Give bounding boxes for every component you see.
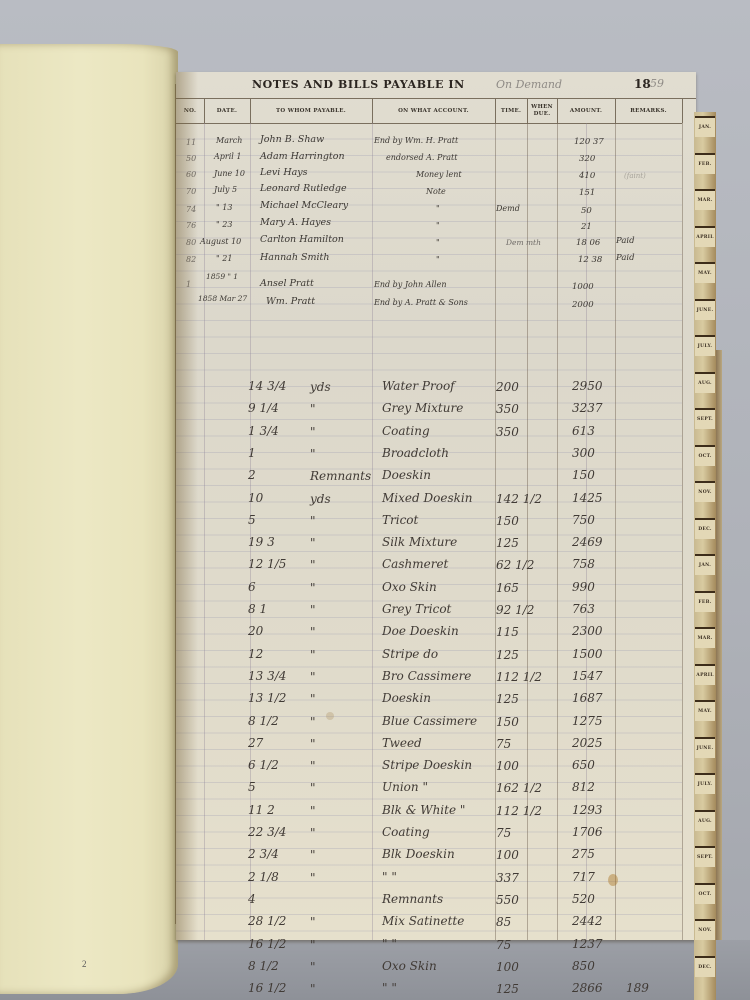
month-tab[interactable]: MAY. [695,700,715,721]
note-date: April 1 [214,152,241,161]
ledger-year-suffix: 59 [650,77,664,90]
note-payee: Michael McCleary [260,200,348,211]
goods-qty: 1 [248,446,256,460]
month-tab[interactable]: DEC. [695,518,715,539]
goods-unit: " [310,625,316,639]
note-date: 1858 Mar 27 [198,294,247,303]
goods-rate: 85 [496,915,511,929]
note-account: " [436,204,440,213]
goods-item: Remnants [382,892,443,906]
goods-item: " " [382,981,397,995]
goods-item: " " [382,937,397,951]
goods-total: 650 [572,758,595,772]
note-date: " 13 [216,203,232,212]
goods-rate: 75 [496,938,511,952]
note-remarks: Paid [616,236,635,246]
goods-total: 520 [572,892,595,906]
ledger-year-prefix: 18 [634,77,651,91]
goods-total: 1237 [572,937,603,951]
goods-unit: " [310,960,316,974]
note-account: " [436,221,440,230]
note-date: June 10 [214,169,245,178]
stain [608,874,618,886]
goods-total: 990 [572,580,595,594]
goods-total: 613 [572,424,595,438]
goods-qty: 4 [248,892,256,906]
note-amount: 18 06 [576,238,600,248]
goods-unit: Remnants [310,469,371,483]
note-amount: 2000 [572,300,594,310]
goods-unit: " [310,581,316,595]
goods-qty: 2 3/4 [248,847,279,861]
spine-shadow [176,72,198,940]
month-tab[interactable]: NOV. [695,481,715,502]
month-tab[interactable]: NOV. [695,919,715,940]
note-payee: Carlton Hamilton [260,234,344,245]
goods-unit: " [310,982,316,996]
goods-rate: 125 [496,536,519,550]
note-amount: 120 37 [574,137,604,147]
goods-total: 275 [572,847,595,861]
goods-total: 2025 [572,736,603,750]
goods-total: 1500 [572,647,603,661]
left-page-number: 2 [82,959,87,969]
goods-qty: 8 1/2 [248,714,279,728]
goods-rate: 165 [496,581,519,595]
goods-unit: " [310,648,316,662]
goods-qty: 16 1/2 [248,937,286,951]
goods-total: 1275 [572,714,603,728]
goods-item: Oxo Skin [382,959,437,973]
goods-qty: 28 1/2 [248,914,286,928]
goods-item: Doe Doeskin [382,624,459,638]
note-date: 1859 " 1 [206,272,238,281]
note-payee: Wm. Pratt [266,296,315,307]
goods-qty: 5 [248,513,256,527]
month-tab[interactable]: SEPT. [695,846,715,867]
goods-item: Oxo Skin [382,580,437,594]
goods-qty: 10 [248,491,263,505]
note-account: End by John Allen [374,280,447,289]
goods-unit: " [310,915,316,929]
goods-rate: 200 [496,380,519,394]
goods-unit: " [310,536,316,550]
goods-unit: " [310,670,316,684]
goods-rate: 75 [496,737,511,751]
goods-unit: " [310,826,316,840]
month-tab[interactable]: JUNE. [695,299,715,320]
goods-total: 300 [572,446,595,460]
note-amount: 12 38 [578,255,602,265]
goods-total: 1425 [572,491,603,505]
note-amount: 1000 [572,282,594,292]
goods-qty: 9 1/4 [248,401,279,415]
col-when-due: WHEN DUE. [527,99,558,123]
month-index-tabs: JAN.FEB.MAR.APRILMAY.JUNE.JULY.AUG.SEPT.… [694,112,716,1000]
goods-unit: " [310,759,316,773]
goods-total: 758 [572,557,595,571]
goods-item: Doeskin [382,468,431,482]
goods-item: Grey Mixture [382,401,463,415]
note-remarks: (faint) [624,172,646,180]
note-date: " 21 [216,254,232,263]
goods-qty: 16 1/2 [248,981,286,995]
month-tab[interactable]: OCT. [695,445,715,466]
ledger-page: NOTES AND BILLS PAYABLE IN On Demand 18 … [176,72,696,940]
goods-rate: 92 1/2 [496,603,534,617]
goods-item: Grey Tricot [382,602,451,616]
note-amount: 50 [581,206,592,216]
goods-total: 1706 [572,825,603,839]
month-tab[interactable]: FEB. [695,153,715,174]
goods-qty: 2 [248,468,256,482]
goods-qty: 6 1/2 [248,758,279,772]
ledger-place: On Demand [496,78,562,91]
goods-unit: " [310,938,316,952]
goods-item: Doeskin [382,691,431,705]
ruling [682,123,683,940]
goods-total: 3237 [572,401,603,415]
month-tab[interactable]: FEB. [695,591,715,612]
goods-rate: 112 1/2 [496,670,542,684]
goods-unit: " [310,447,316,461]
note-date: August 10 [200,237,241,246]
goods-item: Broadcloth [382,446,449,460]
goods-total: 2866 [572,981,603,995]
goods-rate: 112 1/2 [496,804,542,818]
note-payee: Hannah Smith [260,252,329,263]
note-time: Dem mth [506,238,541,247]
goods-qty: 13 1/2 [248,691,286,705]
goods-total: 1687 [572,691,603,705]
note-payee: John B. Shaw [260,134,324,145]
ruling [250,123,251,940]
month-tab[interactable]: MAY. [695,262,715,283]
note-account: End by A. Pratt & Sons [374,298,468,307]
month-tab[interactable]: MAR. [695,627,715,648]
month-tab[interactable]: DEC. [695,956,715,977]
goods-rate: 150 [496,514,519,528]
goods-qty: 20 [248,624,263,638]
ruled-lines [176,123,682,940]
note-payee: Leonard Rutledge [260,183,347,194]
goods-qty: 6 [248,580,256,594]
note-account: endorsed A. Pratt [386,153,457,162]
goods-item: Tricot [382,513,418,527]
goods-unit: " [310,871,316,885]
goods-total: 2950 [572,379,603,393]
goods-qty: 19 3 [248,535,275,549]
goods-rate: 75 [496,826,511,840]
note-account: " [436,238,440,247]
goods-unit: " [310,402,316,416]
col-payee: TO WHOM PAYABLE. [250,99,373,123]
goods-qty: 27 [248,736,263,750]
ledger-header: NOTES AND BILLS PAYABLE IN On Demand 18 … [176,72,696,99]
note-date: July 5 [214,185,237,194]
goods-item: Silk Mixture [382,535,457,549]
goods-qty: 8 1/2 [248,959,279,973]
goods-unit: " [310,692,316,706]
month-tab[interactable]: MAR. [695,189,715,210]
goods-item: Stripe Doeskin [382,758,472,772]
goods-item: Stripe do [382,647,438,661]
goods-rate: 125 [496,982,519,996]
goods-total: 2469 [572,535,603,549]
goods-qty: 2 1/8 [248,870,279,884]
note-amount: 151 [579,188,595,198]
goods-unit: " [310,781,316,795]
goods-total: 1293 [572,803,603,817]
goods-item: Coating [382,825,430,839]
goods-total: 750 [572,513,595,527]
goods-total: 763 [572,602,595,616]
goods-item: Cashmeret [382,557,448,571]
col-amount: AMOUNT. [557,99,616,123]
month-tab[interactable]: AUG. [695,372,715,393]
goods-item: Tweed [382,736,422,750]
month-tab[interactable]: JULY. [695,773,715,794]
goods-qty: 12 1/5 [248,557,286,571]
goods-qty: 14 3/4 [248,379,286,393]
goods-total: 2300 [572,624,603,638]
note-time: Demd [496,204,520,213]
left-page: 2 [0,44,178,994]
note-payee: Adam Harrington [260,151,345,162]
goods-rate: 550 [496,893,519,907]
goods-item: Mixed Doeskin [382,491,472,505]
col-account: ON WHAT ACCOUNT. [372,99,496,123]
goods-rate: 100 [496,759,519,773]
note-amount: 320 [579,154,595,164]
goods-unit: " [310,425,316,439]
goods-item: Union " [382,780,428,794]
month-tab[interactable]: JUNE. [695,737,715,758]
goods-total: 150 [572,468,595,482]
goods-unit: " [310,848,316,862]
goods-qty: 5 [248,780,256,794]
note-account: Money lent [416,170,462,179]
goods-total: 1547 [572,669,603,683]
goods-unit: " [310,715,316,729]
goods-rate: 350 [496,402,519,416]
goods-unit: " [310,603,316,617]
note-account: " [436,255,440,264]
ruling [557,123,558,940]
goods-item: " " [382,870,397,884]
month-tab[interactable]: SEPT. [695,408,715,429]
goods-unit: yds [310,380,331,394]
goods-unit: " [310,737,316,751]
note-payee: Mary A. Hayes [260,217,331,228]
goods-rate: 100 [496,848,519,862]
ruling [372,123,373,940]
note-account: Note [426,187,446,196]
goods-total: 717 [572,870,595,884]
goods-rate: 162 1/2 [496,781,542,795]
note-date: " 23 [216,220,232,229]
goods-item: Blk Doeskin [382,847,455,861]
goods-item: Water Proof [382,379,455,393]
goods-unit: " [310,804,316,818]
note-date: March [216,136,242,145]
goods-rate: 115 [496,625,519,639]
goods-rate: 125 [496,648,519,662]
goods-rate: 337 [496,871,519,885]
month-tab[interactable]: APRIL [695,664,715,685]
goods-qty: 1 3/4 [248,424,279,438]
goods-item: Coating [382,424,430,438]
month-tab[interactable]: JULY. [695,335,715,356]
col-time: TIME. [495,99,528,123]
goods-item: Blk & White " [382,803,465,817]
goods-item: Mix Satinette [382,914,464,928]
note-account: End by Wm. H. Pratt [374,136,458,145]
note-remarks: Paid [616,253,635,263]
goods-rate: 150 [496,715,519,729]
month-tab[interactable]: OCT. [695,883,715,904]
goods-total: 812 [572,780,595,794]
goods-qty: 8 1 [248,602,267,616]
month-tab[interactable]: JAN. [695,554,715,575]
col-remarks: REMARKS. [615,99,683,123]
goods-item: Blue Cassimere [382,714,477,728]
month-tab[interactable]: AUG. [695,810,715,831]
goods-qty: 12 [248,647,263,661]
stain [326,712,334,720]
note-payee: Levi Hays [260,167,308,178]
month-tab[interactable]: JAN. [695,116,715,137]
goods-remarks: 189 [626,981,649,995]
goods-qty: 11 2 [248,803,275,817]
goods-total: 850 [572,959,595,973]
goods-rate: 125 [496,692,519,706]
note-payee: Ansel Pratt [260,278,314,289]
month-tab[interactable]: APRIL [695,226,715,247]
goods-rate: 350 [496,425,519,439]
ledger-title: NOTES AND BILLS PAYABLE IN [252,78,465,91]
goods-rate: 142 1/2 [496,492,542,506]
goods-rate: 100 [496,960,519,974]
goods-unit: " [310,514,316,528]
goods-unit: yds [310,492,331,506]
goods-qty: 13 3/4 [248,669,286,683]
col-date: DATE. [204,99,251,123]
note-amount: 21 [581,222,592,232]
goods-total: 2442 [572,914,603,928]
goods-qty: 22 3/4 [248,825,286,839]
note-amount: 410 [579,171,595,181]
goods-item: Bro Cassimere [382,669,471,683]
goods-unit: " [310,558,316,572]
goods-rate: 62 1/2 [496,558,534,572]
